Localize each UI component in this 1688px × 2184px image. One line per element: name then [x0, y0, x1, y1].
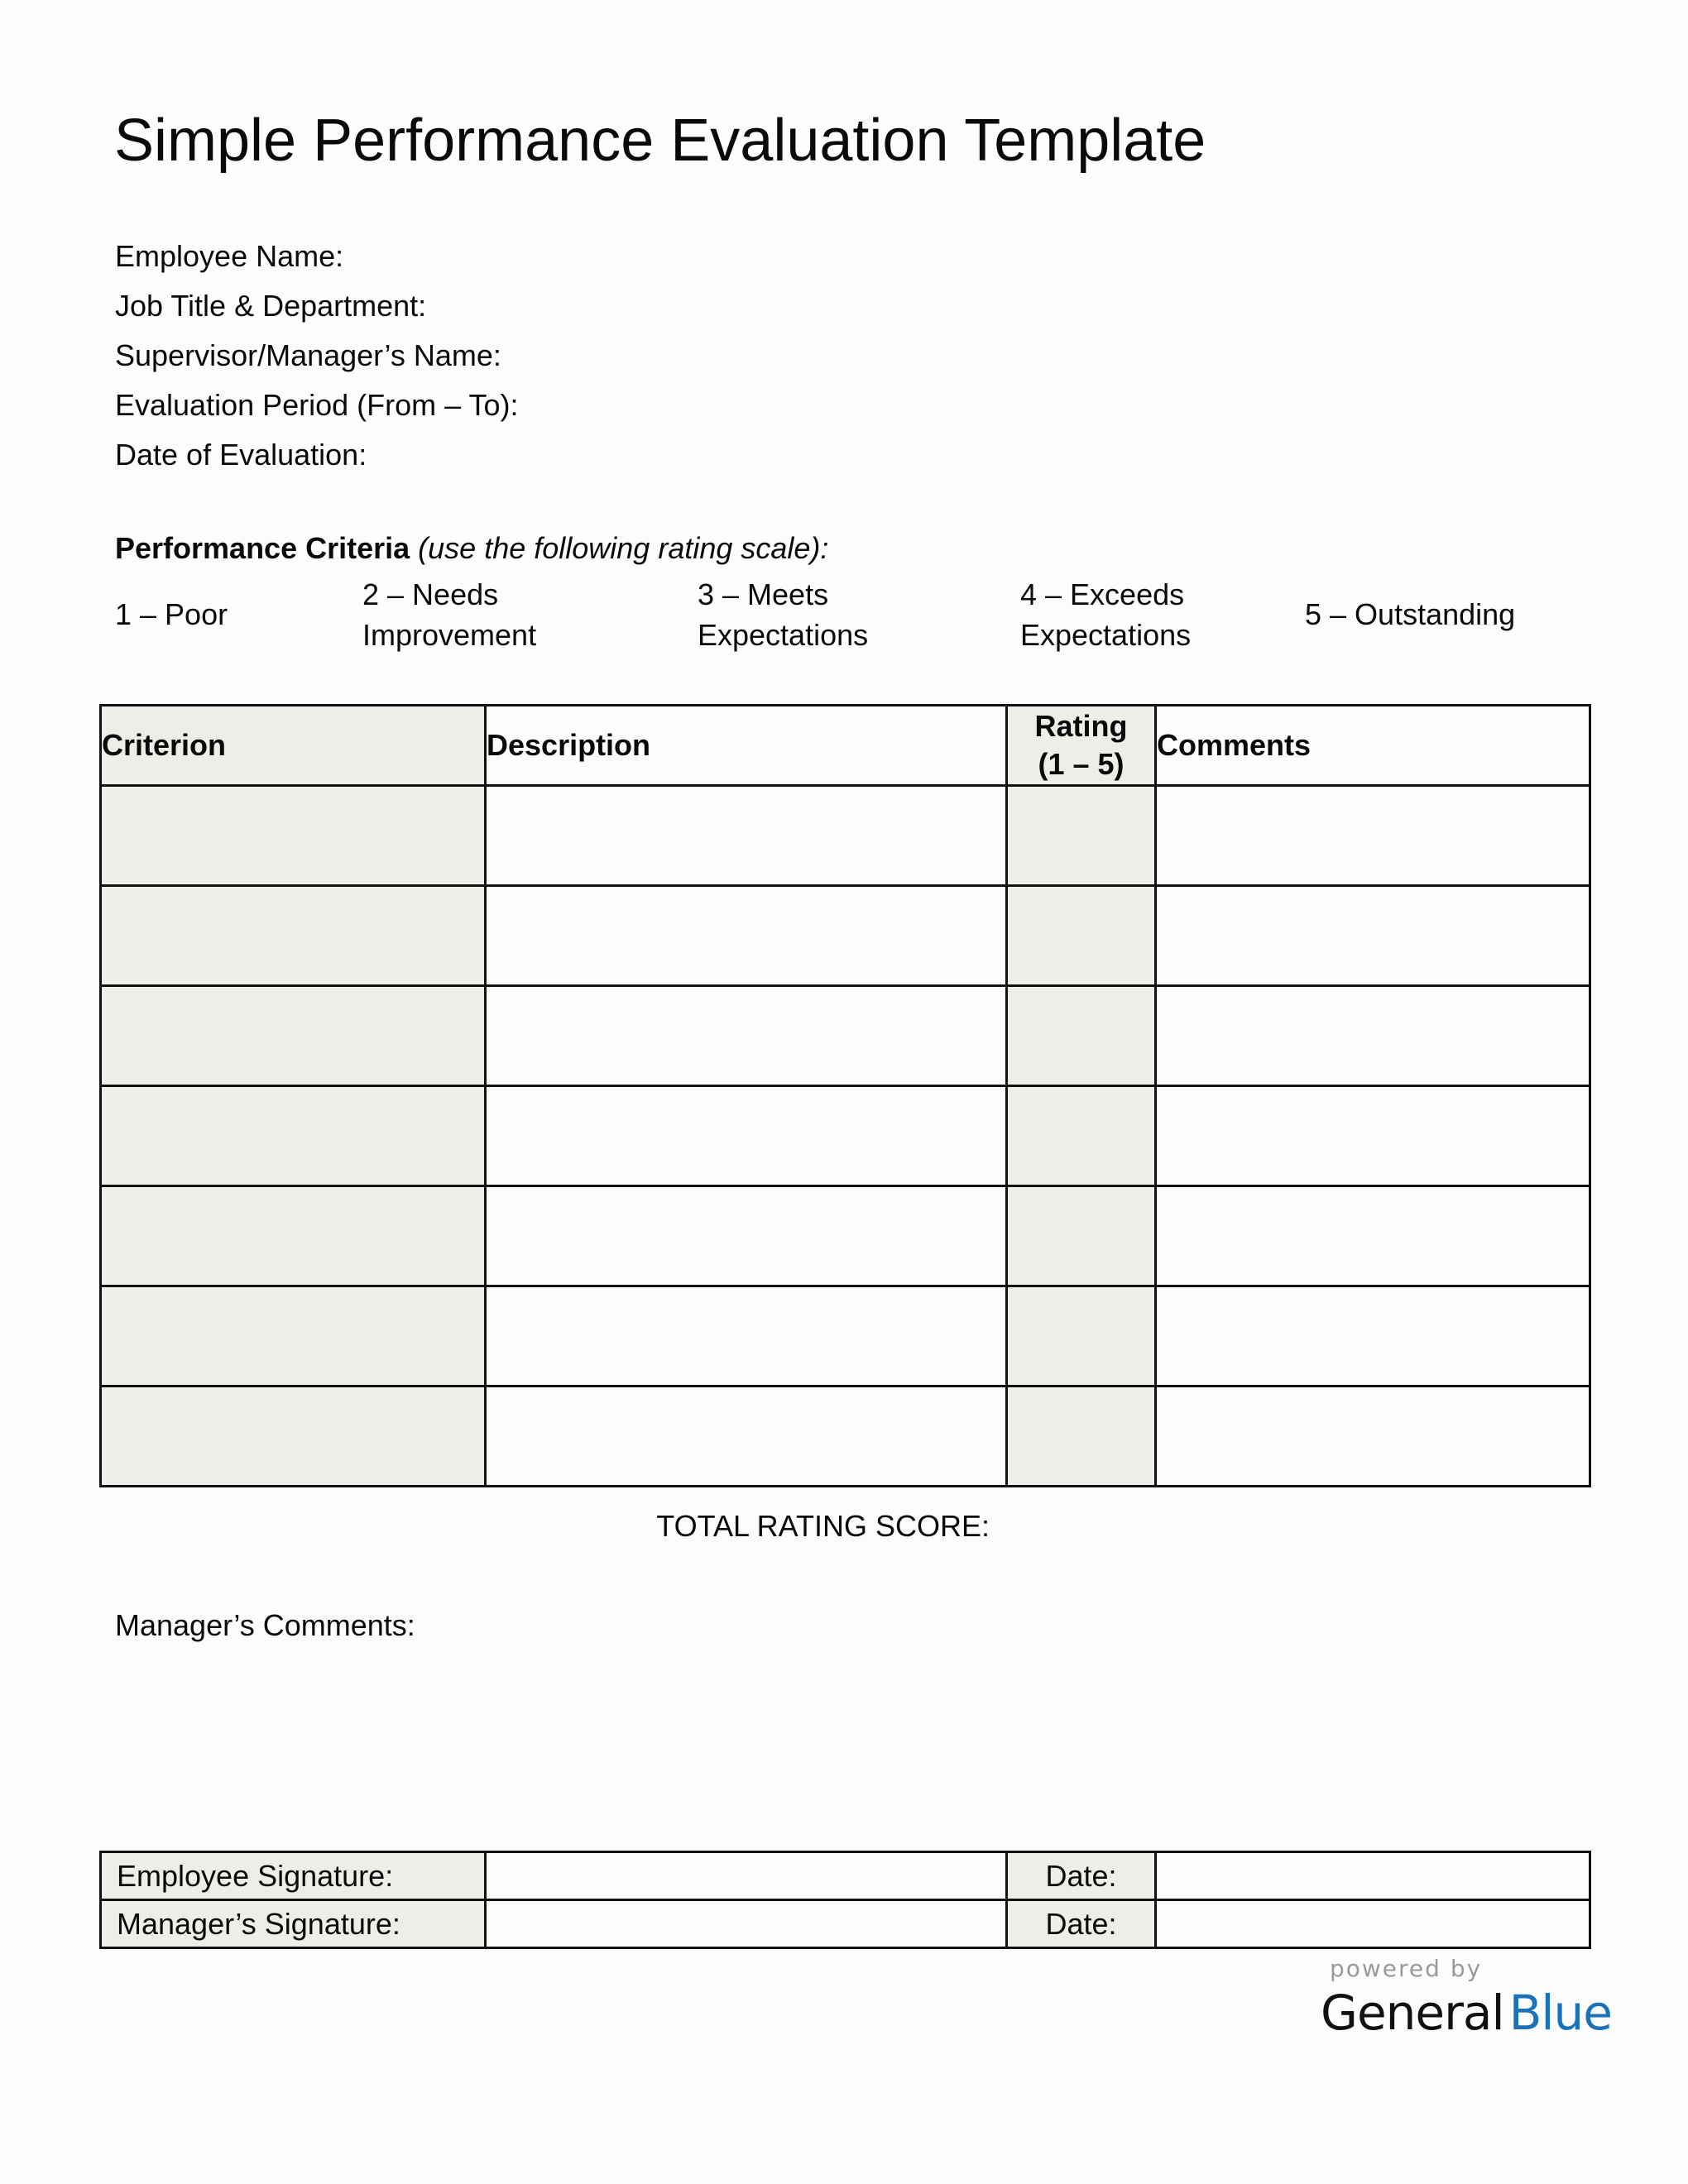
comments-cell[interactable]: [1156, 886, 1590, 986]
description-cell[interactable]: [486, 886, 1007, 986]
criterion-cell[interactable]: [101, 1186, 486, 1286]
scale-label: 5 – Outstanding: [1305, 594, 1515, 635]
manager-signature-label: Manager’s Signature:: [101, 1900, 486, 1948]
rating-header-line1: Rating: [1008, 707, 1154, 745]
column-header-comments: Comments: [1156, 706, 1590, 786]
powered-by-text: powered by: [1330, 1954, 1482, 1984]
description-cell[interactable]: [486, 786, 1007, 886]
generalblue-logo[interactable]: GeneralBlue: [1321, 1984, 1612, 2042]
scale-item-3: 3 – Meets Expectations: [698, 574, 868, 655]
description-cell[interactable]: [486, 1086, 1007, 1186]
field-label: Evaluation Period (From – To):: [115, 388, 519, 422]
manager-date-field[interactable]: [1156, 1900, 1590, 1948]
table-row: [101, 886, 1590, 986]
brand-name-general: General: [1321, 1985, 1504, 2041]
scale-label: 4 – Exceeds: [1020, 574, 1191, 615]
table-row: [101, 786, 1590, 886]
comments-cell[interactable]: [1156, 1387, 1590, 1487]
table-header-row: Criterion Description Rating (1 – 5) Com…: [101, 706, 1590, 786]
criteria-heading: Performance Criteria (use the following …: [115, 528, 828, 569]
managers-comments-field[interactable]: [115, 1650, 1588, 1832]
signature-table: Employee Signature: Date: Manager’s Sign…: [99, 1851, 1591, 1949]
comments-cell[interactable]: [1156, 1286, 1590, 1387]
scale-label: 3 – Meets: [698, 574, 868, 615]
manager-signature-field[interactable]: [486, 1900, 1007, 1948]
document-title: Simple Performance Evaluation Template: [114, 101, 1206, 180]
description-cell[interactable]: [486, 1186, 1007, 1286]
rating-cell[interactable]: [1007, 1186, 1156, 1286]
employee-date-label: Date:: [1007, 1852, 1156, 1900]
rating-header-line2: (1 – 5): [1008, 745, 1154, 783]
scale-label-line2: Improvement: [362, 615, 536, 655]
field-label: Supervisor/Manager’s Name:: [115, 338, 501, 372]
table-row: [101, 1186, 1590, 1286]
criterion-cell[interactable]: [101, 886, 486, 986]
description-cell[interactable]: [486, 1387, 1007, 1487]
employee-date-field[interactable]: [1156, 1852, 1590, 1900]
criterion-cell[interactable]: [101, 1086, 486, 1186]
employee-signature-field[interactable]: [486, 1852, 1007, 1900]
criterion-cell[interactable]: [101, 786, 486, 886]
comments-cell[interactable]: [1156, 1186, 1590, 1286]
field-job-title-department[interactable]: Job Title & Department:: [115, 281, 519, 331]
table-row: [101, 1387, 1590, 1487]
scale-item-2: 2 – Needs Improvement: [362, 574, 536, 655]
field-supervisor-name[interactable]: Supervisor/Manager’s Name:: [115, 331, 519, 381]
rating-cell[interactable]: [1007, 786, 1156, 886]
table-row: [101, 1286, 1590, 1387]
criterion-cell[interactable]: [101, 986, 486, 1086]
total-rating-score-label: TOTAL RATING SCORE:: [496, 1507, 990, 1545]
table-row: [101, 986, 1590, 1086]
criterion-cell[interactable]: [101, 1387, 486, 1487]
column-header-description: Description: [486, 706, 1007, 786]
criterion-cell[interactable]: [101, 1286, 486, 1387]
employee-info-section: Employee Name: Job Title & Department: S…: [115, 232, 519, 480]
scale-item-1: 1 – Poor: [115, 594, 228, 635]
employee-signature-row: Employee Signature: Date:: [101, 1852, 1590, 1900]
scale-label-line2: Expectations: [1020, 615, 1191, 655]
criteria-heading-bold: Performance Criteria: [115, 531, 410, 565]
scale-label: 2 – Needs: [362, 574, 536, 615]
criteria-heading-italic: (use the following rating scale):: [418, 531, 828, 565]
managers-comments-label: Manager’s Comments:: [115, 1607, 415, 1645]
rating-cell[interactable]: [1007, 1387, 1156, 1487]
comments-cell[interactable]: [1156, 1086, 1590, 1186]
rating-cell[interactable]: [1007, 1086, 1156, 1186]
table-row: [101, 1086, 1590, 1186]
employee-signature-label: Employee Signature:: [101, 1852, 486, 1900]
scale-label: 1 – Poor: [115, 594, 228, 635]
rating-cell[interactable]: [1007, 1286, 1156, 1387]
field-label: Employee Name:: [115, 239, 343, 273]
description-cell[interactable]: [486, 986, 1007, 1086]
field-label: Job Title & Department:: [115, 289, 426, 323]
comments-cell[interactable]: [1156, 986, 1590, 1086]
comments-cell[interactable]: [1156, 786, 1590, 886]
brand-name-blue: Blue: [1509, 1985, 1612, 2041]
scale-item-5: 5 – Outstanding: [1305, 594, 1515, 635]
manager-signature-row: Manager’s Signature: Date:: [101, 1900, 1590, 1948]
description-cell[interactable]: [486, 1286, 1007, 1387]
scale-label-line2: Expectations: [698, 615, 868, 655]
column-header-rating: Rating (1 – 5): [1007, 706, 1156, 786]
rating-cell[interactable]: [1007, 986, 1156, 1086]
manager-date-label: Date:: [1007, 1900, 1156, 1948]
field-evaluation-period[interactable]: Evaluation Period (From – To):: [115, 381, 519, 430]
rating-cell[interactable]: [1007, 886, 1156, 986]
field-label: Date of Evaluation:: [115, 438, 367, 472]
scale-item-4: 4 – Exceeds Expectations: [1020, 574, 1191, 655]
field-date-of-evaluation[interactable]: Date of Evaluation:: [115, 430, 519, 480]
field-employee-name[interactable]: Employee Name:: [115, 232, 519, 281]
column-header-criterion: Criterion: [101, 706, 486, 786]
evaluation-table: Criterion Description Rating (1 – 5) Com…: [99, 704, 1591, 1487]
